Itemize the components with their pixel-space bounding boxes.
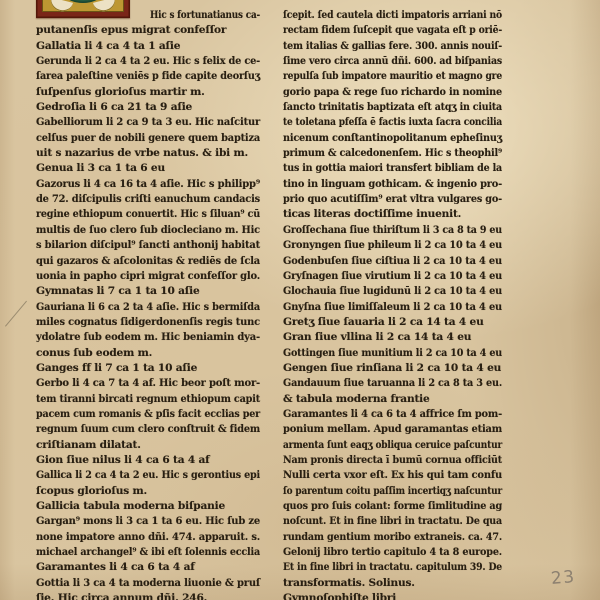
page-scan: Hic s fortunatianus ca-putanenſis epus m… bbox=[0, 0, 600, 600]
text-line: Nam pronis directa ī bumū cornua officiū… bbox=[283, 450, 502, 465]
text-line: Ganges ff li 7 ca 1 ta 10 aſie bbox=[36, 358, 260, 373]
text-line: gorio papa & rege ſuo richardo in nomine bbox=[283, 82, 502, 97]
text-line: nicenum conſtantinopolitanum epheſinuʒ bbox=[283, 128, 502, 143]
text-line: rundam gentium moribo extraneis. ca. 47. bbox=[283, 527, 502, 542]
text-line: Gottingen ſiue munitium li 2 ca 10 ta 4 … bbox=[283, 343, 502, 358]
text-line: de 72. diſcipulis criſti eanuchum candac… bbox=[36, 189, 260, 204]
text-line: Gottia li 3 ca 4 ta moderna liuonie & pr… bbox=[36, 573, 260, 588]
text-line: ſo parentum coitu paſſim incertiqʒ naſcu… bbox=[283, 481, 502, 496]
text-line: ponium mellam. Apud garamantas etiam bbox=[283, 419, 502, 434]
text-line: none impatore anno dñi. 474. apparuit. s… bbox=[36, 527, 260, 542]
text-line: Gnyſna ſiue limiſſaleum li 2 ca 10 ta 4 … bbox=[283, 297, 502, 312]
text-line: Gryſnagen ſiue virutium li 2 ca 10 ta 4 … bbox=[283, 266, 502, 281]
text-line: Gandauum ſiue taruanna li 2 ca 8 ta 3 eu… bbox=[283, 373, 502, 388]
text-line: Et in fine libri in tractatu. capitulum … bbox=[283, 557, 502, 572]
text-line: Gerbo li 4 ca 7 ta 4 af. Hic beor poſt m… bbox=[36, 373, 260, 388]
text-line: tem tiranni bircati regnum ethiopum capi… bbox=[36, 389, 260, 404]
text-line: repulſa ſub impatore mauritio et magno g… bbox=[283, 66, 502, 81]
pencil-page-number: 23 bbox=[550, 567, 576, 589]
text-line: ydolatre ſub eodem m. Hic beniamin dya- bbox=[36, 327, 260, 342]
text-line: Gauriana li 6 ca 2 ta 4 aſie. Hic s berm… bbox=[36, 297, 260, 312]
text-line: Gerunda li 2 ca 4 ta 2 eu. Hic s felix d… bbox=[36, 51, 260, 66]
text-line: Gion ſiue nilus li 4 ca 6 ta 4 af bbox=[36, 450, 260, 465]
text-line: Gallica li 2 ca 4 ta 2 eu. Hic s geronti… bbox=[36, 465, 260, 480]
text-line: ſancto trinitatis baptizata eſt atqʒ in … bbox=[283, 97, 502, 112]
text-line: regnum ſuum cum clero conſtruit & fidem bbox=[36, 419, 260, 434]
text-line: multis de ſuo clero ſub diocleciano m. H… bbox=[36, 220, 260, 235]
text-line: miles cognatus ſidigerdonenſis regis tun… bbox=[36, 312, 260, 327]
text-line: Godenbuſen ſiue ciſtiua li 2 ca 10 ta 4 … bbox=[283, 251, 502, 266]
text-line: Gabelliorum li 2 ca 9 ta 3 eu. Hic naſci… bbox=[36, 112, 260, 127]
text-line: Nulli certa vxor eſt. Ex his qui tam con… bbox=[283, 465, 502, 480]
text-line: Gelonij libro tertio capitulo 4 ta 8 eur… bbox=[283, 542, 502, 557]
text-line: Gedroſia li 6 ca 21 ta 9 aſie bbox=[36, 97, 260, 112]
text-line: prio quo acutiſſim⁹ erat vltra vulgares … bbox=[283, 189, 502, 204]
text-line: pacem cum romanis & pſis facit ecclias p… bbox=[36, 404, 260, 419]
text-line: quos pro ſuis colant: forme ſimlitudine … bbox=[283, 496, 502, 511]
text-line: Gallatia li 4 ca 4 ta 1 aſie bbox=[36, 36, 260, 51]
text-line: Groſſechana ſiue thiriſtum li 3 ca 8 ta … bbox=[283, 220, 502, 235]
text-line: ſarea paleſtine veniēs p fide capite deo… bbox=[36, 66, 260, 81]
text-line: te toletana pfeſſa ē factis iuxta ſacra … bbox=[283, 112, 502, 127]
text-line: tem italias & gallias fere. 300. annis n… bbox=[283, 36, 502, 51]
text-line: michael archangel⁹ & ibi eſt ſolennis ec… bbox=[36, 542, 260, 557]
text-line: Gargan⁹ mons li 3 ca 1 ta 6 eu. Hic ſub … bbox=[36, 511, 260, 526]
text-line: s bilarion diſcipul⁹ ſancti anthonij hab… bbox=[36, 235, 260, 250]
text-line: Garamantes li 4 ca 6 ta 4 affrice ſm pom… bbox=[283, 404, 502, 419]
text-line: uonia in papho cipri migrat confeſſor gl… bbox=[36, 266, 260, 281]
text-line: armenta ſunt eaqʒ obliqua ceruice paſcun… bbox=[283, 435, 502, 450]
text-line: rectam fidem ſuſcepit que vagata eſt p o… bbox=[283, 20, 502, 35]
margin-pencil-mark bbox=[5, 301, 27, 327]
text-line: Gymnoſophiſte libri bbox=[283, 588, 502, 600]
text-line: Glochauia ſiue lugidunū li 2 ca 10 ta 4 … bbox=[283, 281, 502, 296]
text-line: Hic s fortunatianus ca- bbox=[36, 5, 260, 20]
text-line: Gran ſiue vllina li 2 ca 14 ta 4 eu bbox=[283, 327, 502, 342]
text-line: primum & calcedonenſem. Hic s theophil⁹ bbox=[283, 143, 502, 158]
text-line: tus in gottia maiori transfert bibliam d… bbox=[283, 158, 502, 173]
text-line: tino in linguam gothicam. & ingenio pro- bbox=[283, 174, 502, 189]
right-text-column: ſcepit. ſed cautela dicti impatoris arri… bbox=[283, 0, 502, 600]
left-text-column: Hic s fortunatianus ca-putanenſis epus m… bbox=[36, 0, 260, 600]
text-line: celſus puer de nobili genere quem baptiz… bbox=[36, 128, 260, 143]
text-line: regine ethiopum conuertit. Hic s ſiluan⁹… bbox=[36, 204, 260, 219]
text-line: ſime vero circa annū dñi. 600. ad biſpan… bbox=[283, 51, 502, 66]
text-line: noſcunt. Et in fine libri in tractatu. D… bbox=[283, 511, 502, 526]
text-line: qui gazaros & aſcolonitas & rediēs de ſc… bbox=[36, 251, 260, 266]
text-line: ſcepit. ſed cautela dicti impatoris arri… bbox=[283, 5, 502, 20]
text-line: Gazorus li 4 ca 16 ta 4 aſie. Hic s phil… bbox=[36, 174, 260, 189]
text-line: Gallicia tabula moderna biſpanie bbox=[36, 496, 260, 511]
text-line: Gronyngen ſiue phileum li 2 ca 10 ta 4 e… bbox=[283, 235, 502, 250]
